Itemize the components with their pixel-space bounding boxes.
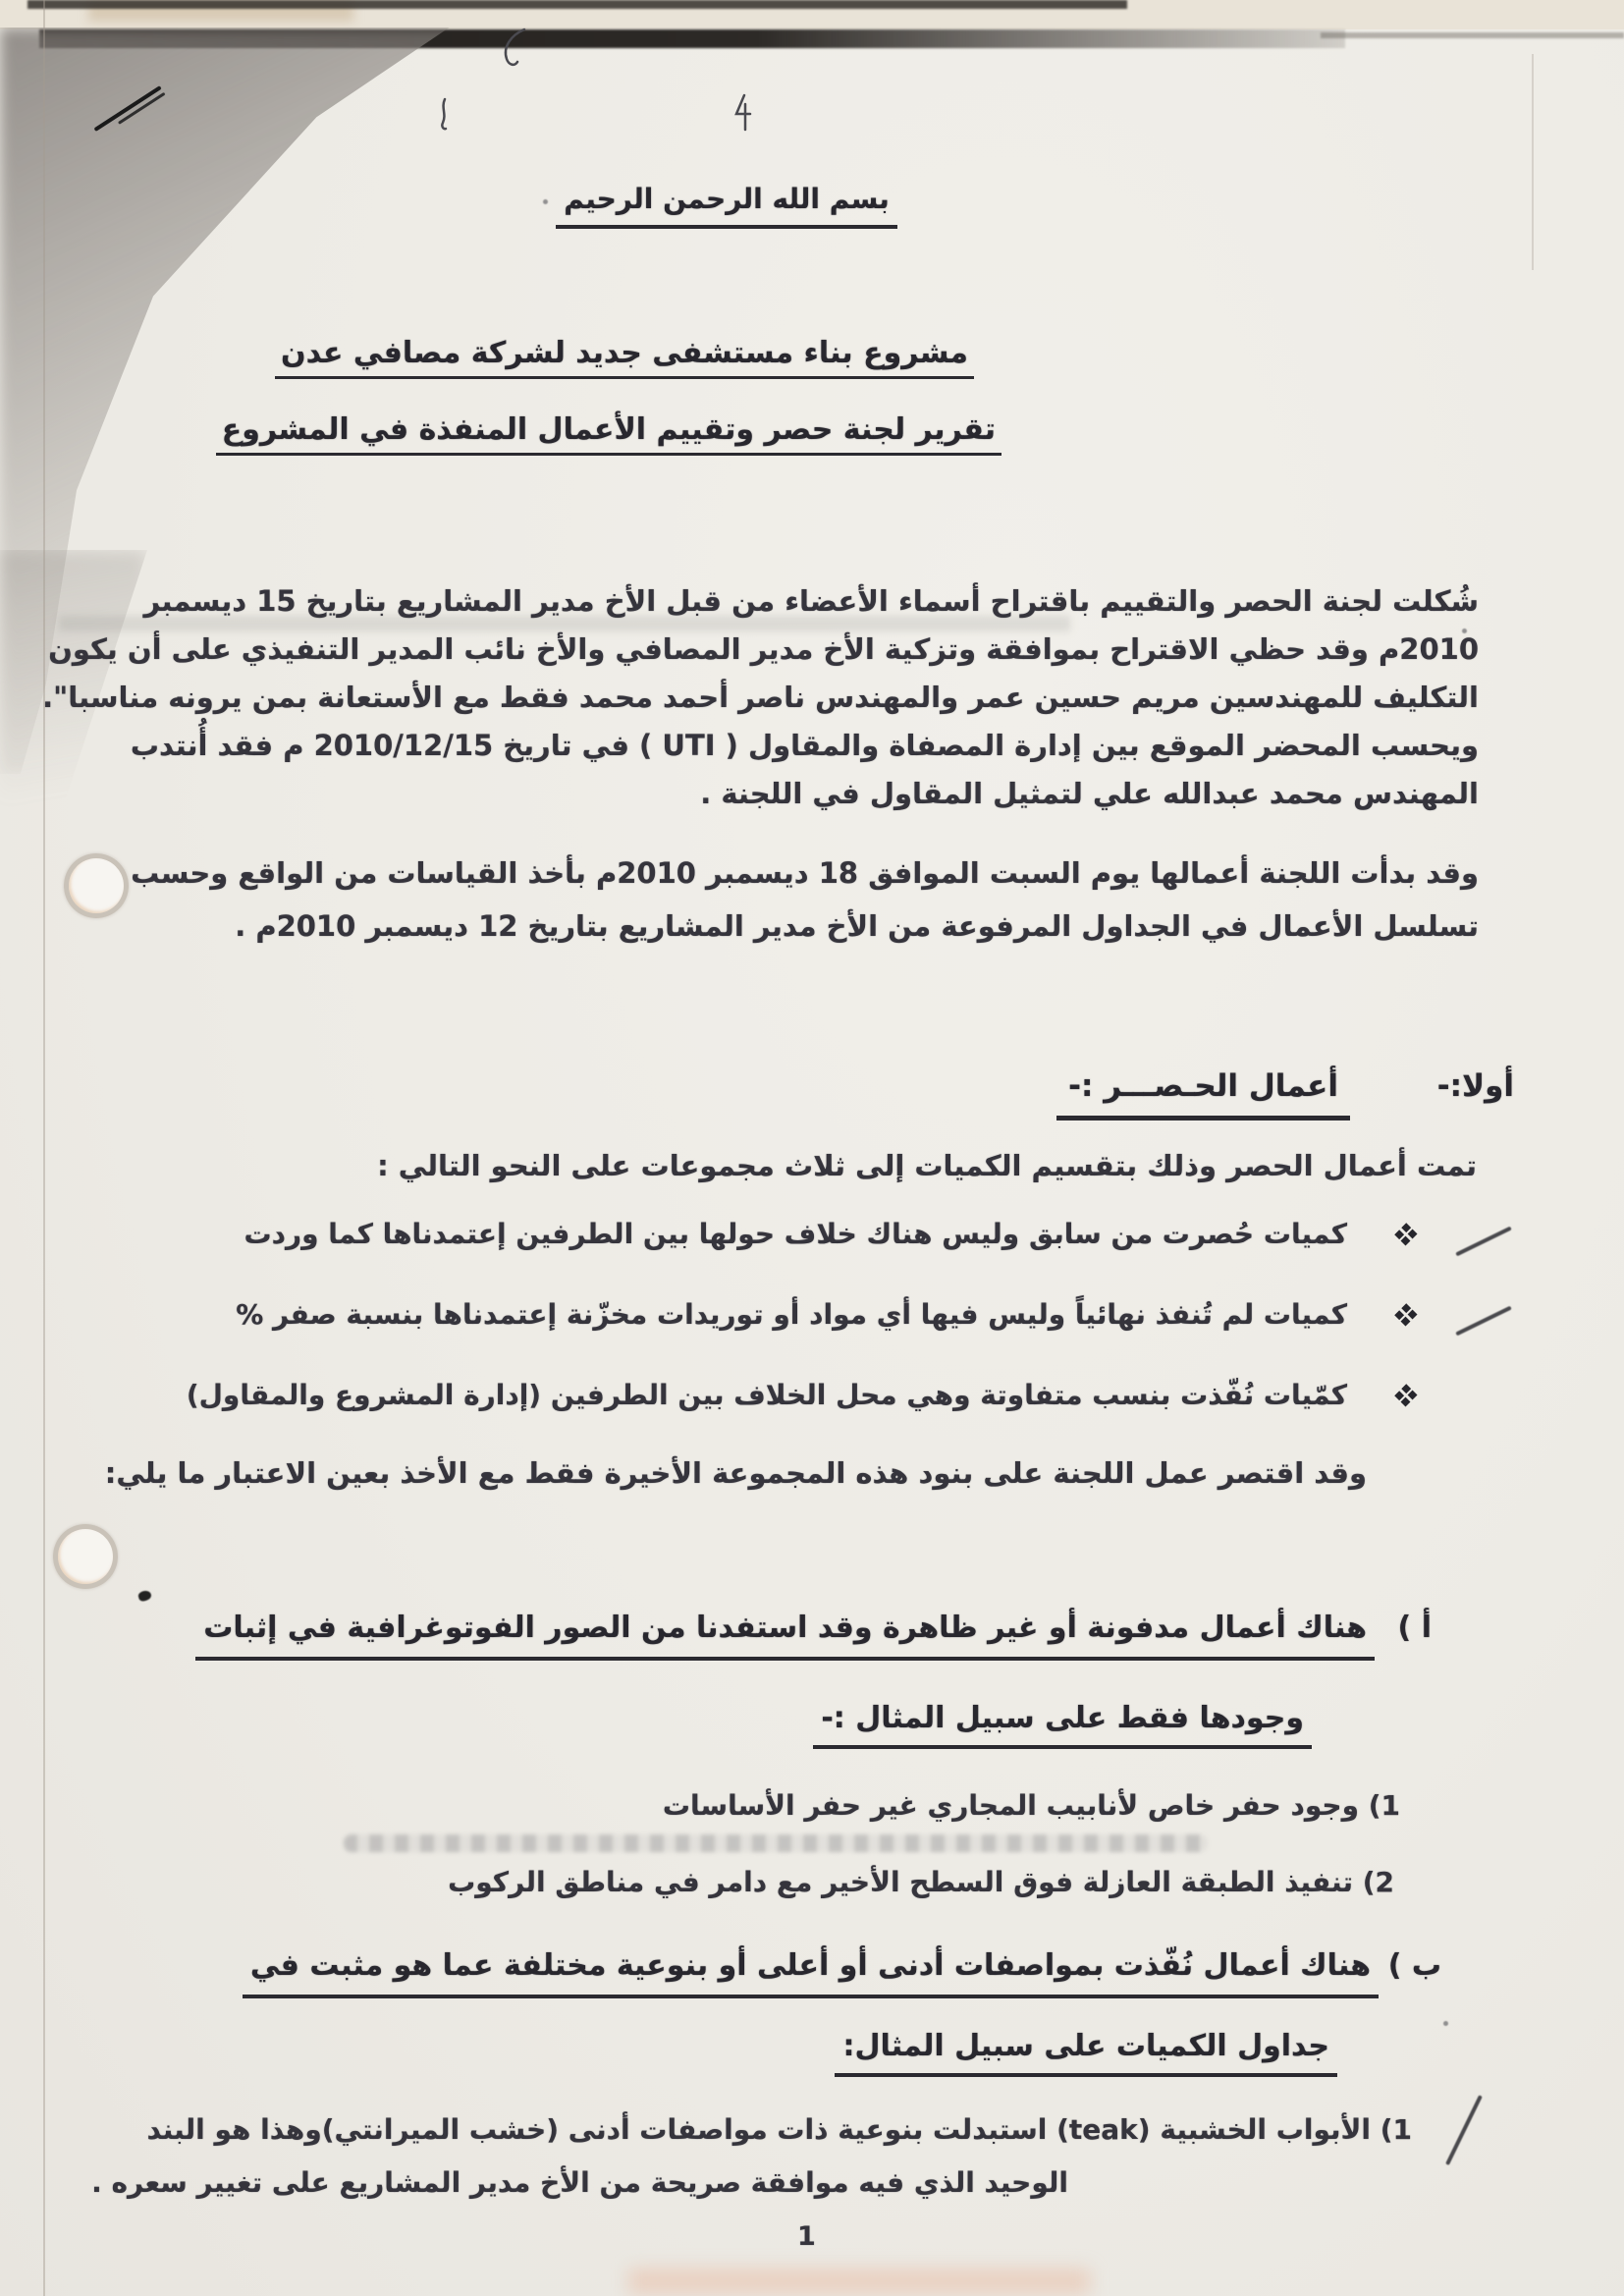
section-b-heading-line2: جداول الكميات على سبيل المثال:: [835, 2029, 1337, 2077]
document-title-line1: مشروع بناء مستشفى جديد لشركة مصافي عدن: [385, 336, 974, 379]
punch-hole-ring-icon: [53, 1524, 118, 1589]
bismillah-line: بسم الله الرحمن الرحيم: [432, 183, 1021, 229]
section-one-header: أولا:- أعمال الحـصـــر :-: [1056, 1068, 1514, 1121]
paragraph-line: التكليف للمهندسين مريم حسين عمر والمهندس…: [42, 674, 1479, 722]
bullet-diamond-icon: [1393, 1383, 1417, 1406]
scan-dark-band-tail: [1321, 32, 1624, 38]
paragraph-line: شُكلت لجنة الحصر والتقييم باقتراح أسماء …: [42, 577, 1479, 626]
section-a-heading-line1: هناك أعمال مدفونة أو غير ظاهرة وقد استفد…: [195, 1611, 1375, 1661]
section-one-heading: أعمال الحـصـــر :-: [1056, 1068, 1350, 1121]
section-a-item-2: 2) تنفيذ الطبقة العازلة فوق السطح الأخير…: [448, 1866, 1394, 1898]
inventory-bullet-2: كميات لم تُنفذ نهائياً وليس فيها أي مواد…: [236, 1298, 1347, 1331]
handwritten-check-mark-icon: [1455, 1306, 1511, 1337]
bleed-through-text-smudge: [344, 1834, 1208, 1852]
handwritten-check-mark-icon: [1445, 2095, 1482, 2165]
section-a-label: أ ): [1398, 1611, 1432, 1645]
section-b-heading-line1: هناك أعمال نُفّذت بمواصفات أدنى أو أعلى …: [243, 1948, 1379, 1998]
page-number: 1: [797, 2221, 816, 2252]
paragraph-line: 2010م وقد حظي الاقتراح بموافقة وتزكية ال…: [42, 626, 1479, 674]
scan-squiggle-icon: [491, 26, 532, 73]
inventory-bullet-3: كمّيات نُفّذت بنسب متفاوتة وهي محل الخلا…: [187, 1379, 1347, 1411]
paragraph-line: المهندس محمد عبدالله علي لتمثيل المقاول …: [42, 770, 1479, 818]
section-b-item-line2: الوحيد الذي فيه موافقة صريحة من الأخ مدي…: [91, 2166, 1068, 2199]
section-one-conclusion: وقد اقتصر عمل اللجنة على بنود هذه المجمو…: [105, 1456, 1367, 1490]
section-one-lead: تمت أعمال الحصر وذلك بتقسيم الكميات إلى …: [377, 1149, 1477, 1182]
section-a-item-1: 1) وجود حفر خاص لأنابيب المجاري غير حفر …: [663, 1789, 1400, 1822]
commencement-paragraph: وقد بدأت اللجنة أعمالها يوم السبت المواف…: [131, 847, 1479, 953]
bullet-diamond-icon: [1393, 1222, 1417, 1245]
bullet-diamond-icon: [1393, 1302, 1417, 1326]
punch-hole-ring-icon: [64, 853, 129, 918]
scan-bottom-tint: [628, 2269, 1090, 2294]
handwritten-check-mark-icon: [1455, 1227, 1511, 1257]
scanned-document-page: بسم الله الرحمن الرحيم مشروع بناء مستشفى…: [0, 0, 1624, 2296]
section-one-label: أولا:-: [1437, 1068, 1514, 1104]
paragraph-line: ويحسب المحضر الموقع بين إدارة المصفاة وا…: [42, 722, 1479, 770]
page-edge-line: [1532, 54, 1534, 270]
section-a-heading-line2: وجودها فقط على سبيل المثال :-: [813, 1701, 1312, 1749]
scan-speck: [1443, 2021, 1448, 2026]
section-b-item-line1: 1) الأبواب الخشبية (teak) استبدلت بنوعية…: [147, 2113, 1412, 2146]
page-fold-line: [43, 0, 45, 2296]
paragraph-line: وقد بدأت اللجنة أعمالها يوم السبت المواف…: [131, 847, 1479, 900]
scan-top-dark-line: [27, 0, 1127, 9]
ink-blot: [137, 1589, 152, 1602]
document-title-line2: تقرير لجنة حصر وتقييم الأعمال المنفذة في…: [314, 412, 1001, 456]
scan-squiggle-icon: [436, 96, 454, 134]
bismillah-text: بسم الله الرحمن الرحيم: [556, 183, 897, 229]
inventory-bullet-1: كميات حُصرت من سابق وليس هناك خلاف حولها…: [244, 1218, 1348, 1250]
paragraph-line: تسلسل الأعمال في الجداول المرفوعة من الأ…: [131, 900, 1479, 953]
intro-paragraph: شُكلت لجنة الحصر والتقييم باقتراح أسماء …: [42, 577, 1479, 818]
section-b-label: ب ): [1388, 1948, 1441, 1983]
scan-numeral-mark-icon: [732, 92, 754, 134]
